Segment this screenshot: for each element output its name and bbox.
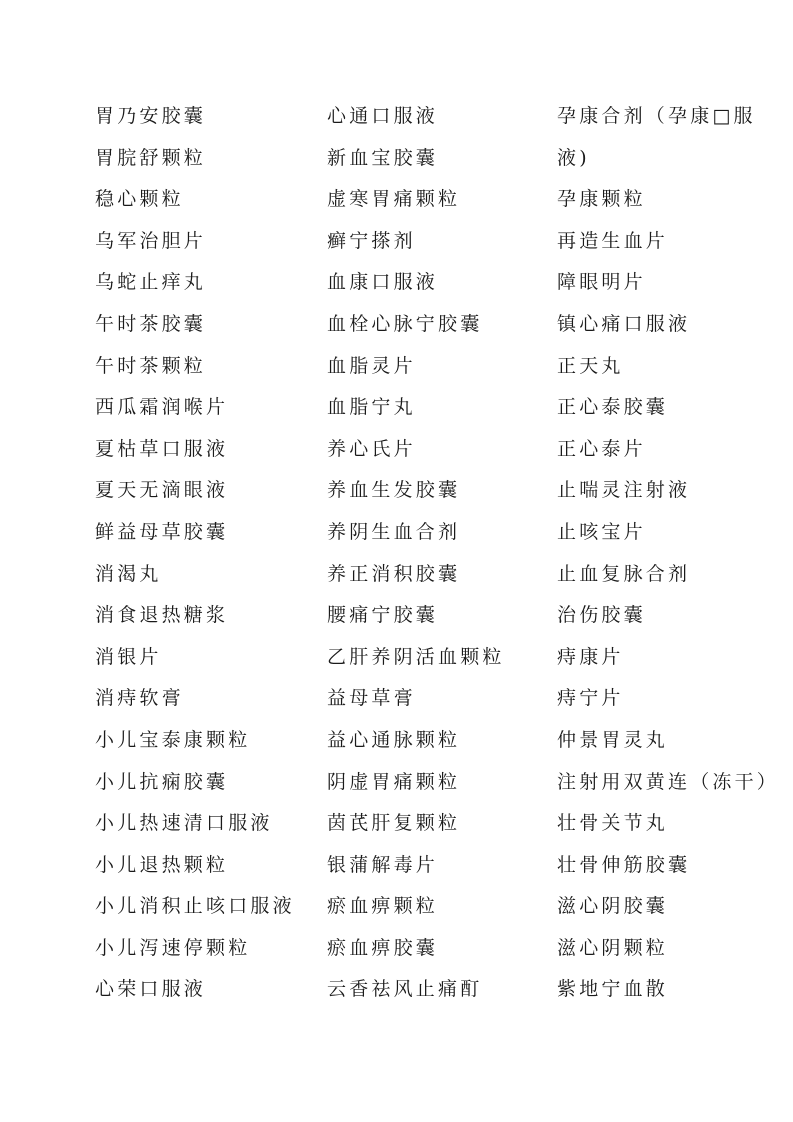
list-item: 小儿消积止咳口服液 [95,886,320,928]
list-item: 瘀血痹颗粒 [327,886,552,928]
list-item: 夏枯草口服液 [95,429,320,471]
list-item: 乙肝养阴活血颗粒 [327,637,552,679]
list-item: 镇心痛口服液 [557,304,782,346]
list-item: 消食退热糖浆 [95,595,320,637]
list-item: 养心氏片 [327,429,552,471]
list-item: 小儿宝泰康颗粒 [95,720,320,762]
document-page: 胃乃安胶囊 胃脘舒颗粒 稳心颗粒 乌军治胆片 乌蛇止痒丸 午时茶胶囊 午时茶颗粒… [0,0,793,1122]
list-item: 鲜益母草胶囊 [95,512,320,554]
list-item: 胃乃安胶囊 [95,96,320,138]
list-item: 午时茶颗粒 [95,346,320,388]
list-item: 滋心阴颗粒 [557,928,782,970]
list-item: 心通口服液 [327,96,552,138]
list-item: 血脂灵片 [327,346,552,388]
list-item: 腰痛宁胶囊 [327,595,552,637]
list-item: 紫地宁血散 [557,969,782,1011]
list-item: 心荣口服液 [95,969,320,1011]
list-item: 壮骨关节丸 [557,803,782,845]
list-item: 血栓心脉宁胶囊 [327,304,552,346]
list-item: 正天丸 [557,346,782,388]
drug-list-column-3: 孕康合剂（孕康□服液) 孕康颗粒 再造生血片 障眼明片 镇心痛口服液 正天丸 正… [557,96,782,1011]
list-item: 阴虚胃痛颗粒 [327,762,552,804]
list-item: 血脂宁丸 [327,387,552,429]
list-item: 新血宝胶囊 [327,138,552,180]
list-item: 消渴丸 [95,554,320,596]
list-item: 虚寒胃痛颗粒 [327,179,552,221]
list-item: 孕康合剂（孕康□服液) [557,96,762,179]
list-item: 注射用双黄连（冻干） [557,762,782,804]
list-item: 夏天无滴眼液 [95,470,320,512]
drug-list-column-2: 心通口服液 新血宝胶囊 虚寒胃痛颗粒 癣宁搽剂 血康口服液 血栓心脉宁胶囊 血脂… [327,96,552,1011]
list-item: 癣宁搽剂 [327,221,552,263]
list-item: 壮骨伸筋胶囊 [557,845,782,887]
list-item: 止血复脉合剂 [557,554,782,596]
list-item: 小儿抗痫胶囊 [95,762,320,804]
list-item: 银蒲解毒片 [327,845,552,887]
list-item: 午时茶胶囊 [95,304,320,346]
list-item: 血康口服液 [327,262,552,304]
list-item: 障眼明片 [557,262,782,304]
list-item: 仲景胃灵丸 [557,720,782,762]
list-item: 云香祛风止痛酊 [327,969,552,1011]
drug-list-column-1: 胃乃安胶囊 胃脘舒颗粒 稳心颗粒 乌军治胆片 乌蛇止痒丸 午时茶胶囊 午时茶颗粒… [95,96,320,1011]
list-item: 乌蛇止痒丸 [95,262,320,304]
list-item: 乌军治胆片 [95,221,320,263]
list-item: 瘀血痹胶囊 [327,928,552,970]
list-item: 稳心颗粒 [95,179,320,221]
list-item: 止咳宝片 [557,512,782,554]
list-item: 益心通脉颗粒 [327,720,552,762]
list-item: 养血生发胶囊 [327,470,552,512]
list-item: 养阴生血合剂 [327,512,552,554]
list-item: 小儿退热颗粒 [95,845,320,887]
list-item: 正心泰胶囊 [557,387,782,429]
list-item: 滋心阴胶囊 [557,886,782,928]
list-item: 西瓜霜润喉片 [95,387,320,429]
list-item: 茵芪肝复颗粒 [327,803,552,845]
list-item: 再造生血片 [557,221,782,263]
list-item: 消痔软膏 [95,678,320,720]
list-item: 孕康颗粒 [557,179,782,221]
list-item: 小儿热速清口服液 [95,803,320,845]
list-item: 胃脘舒颗粒 [95,138,320,180]
list-item: 正心泰片 [557,429,782,471]
list-item: 痔康片 [557,637,782,679]
list-item: 消银片 [95,637,320,679]
list-item: 治伤胶囊 [557,595,782,637]
list-item: 止喘灵注射液 [557,470,782,512]
list-item: 益母草膏 [327,678,552,720]
list-item: 痔宁片 [557,678,782,720]
list-item: 养正消积胶囊 [327,554,552,596]
list-item: 小儿泻速停颗粒 [95,928,320,970]
